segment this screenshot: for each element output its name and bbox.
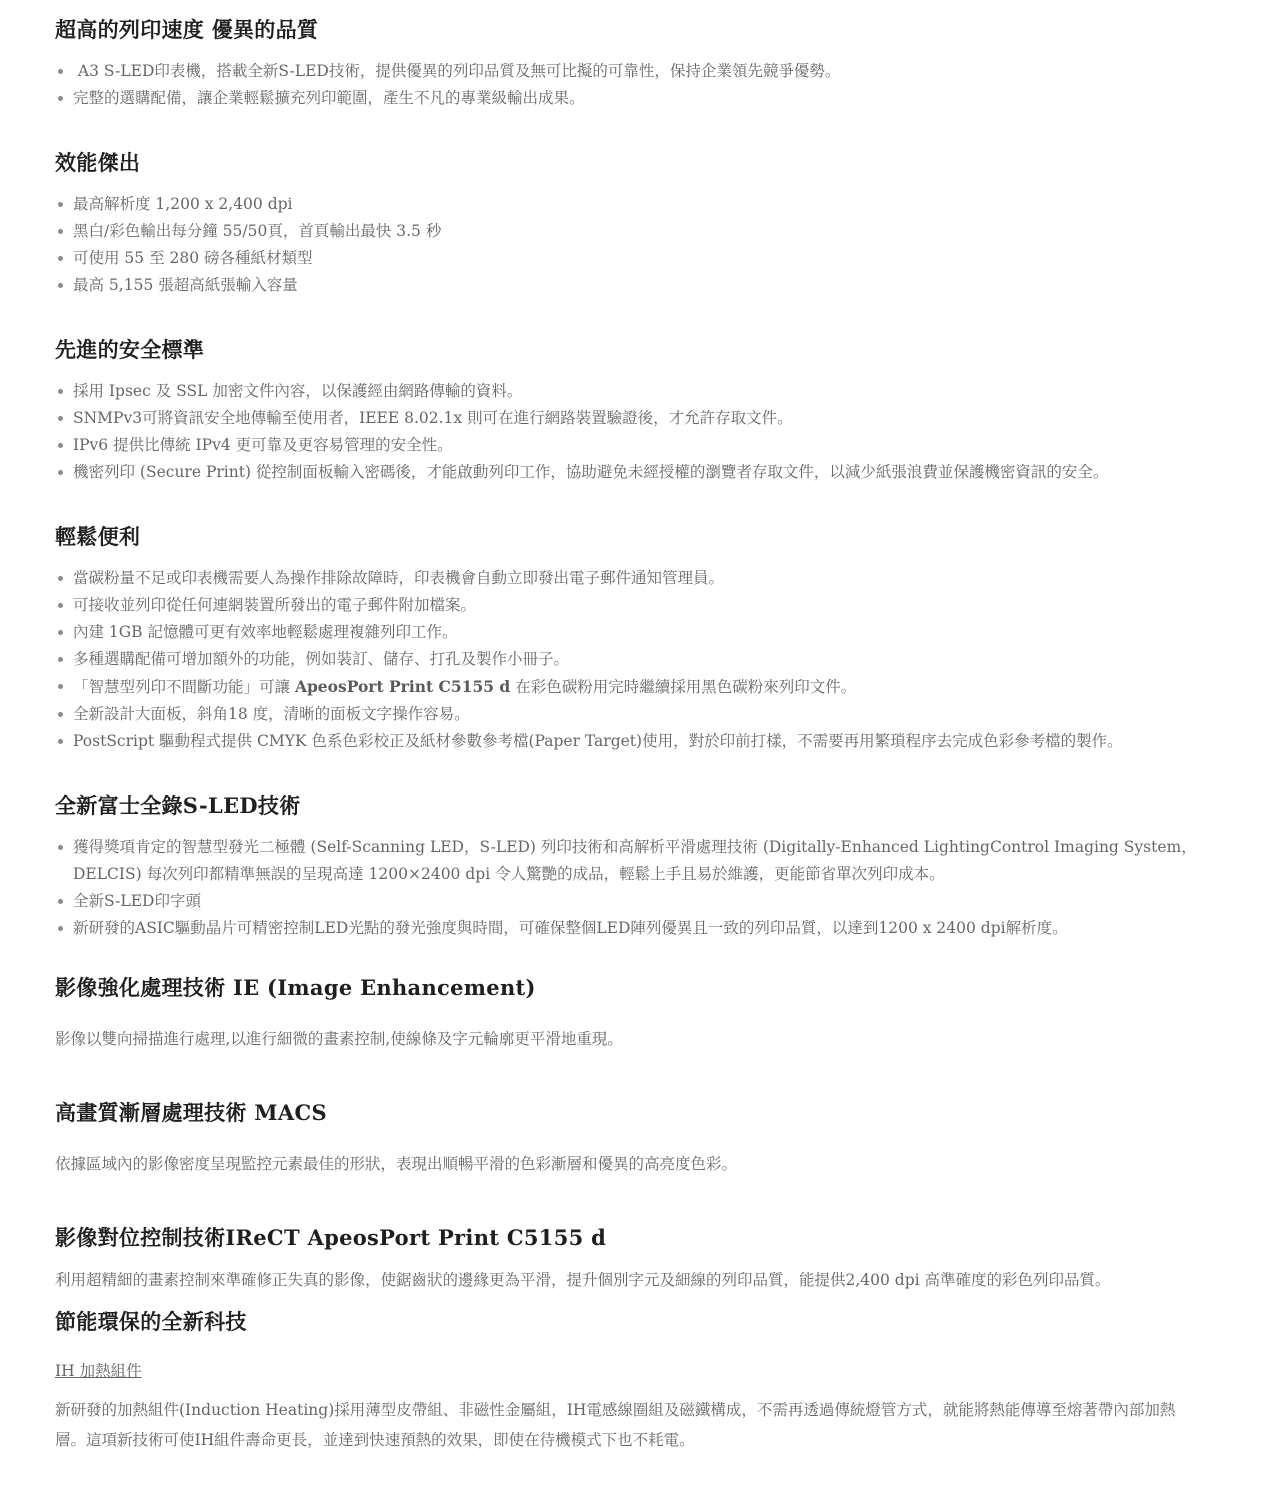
list-item: 「智慧型列印不間斷功能」可讓 ApeosPort Print C5155 d 在… xyxy=(55,673,1202,701)
bullet-list: A3 S-LED印表機，搭載全新S-LED技術，提供優異的列印品質及無可比擬的可… xyxy=(55,58,1202,112)
ih-heating-link[interactable]: IH 加熱組件 xyxy=(55,1360,142,1382)
bullet-list: 採用 Ipsec 及 SSL 加密文件內容，以保護經由網路傳輸的資料。 SNMP… xyxy=(55,378,1202,486)
list-item: SNMPv3可將資訊安全地傳輸至使用者，IEEE 8.02.1x 則可在進行網路… xyxy=(55,405,1202,432)
section-heading: 輕鬆便利 xyxy=(55,523,1202,551)
section-performance: 效能傑出 最高解析度 1,200 x 2,400 dpi 黑白/彩色輸出每分鐘 … xyxy=(55,149,1202,299)
section-convenience: 輕鬆便利 當碳粉量不足或印表機需要人為操作排除故障時，印表機會自動立即發出電子郵… xyxy=(55,523,1202,755)
section-paragraph: 新研發的加熱組件(Induction Heating)採用薄型皮帶組、非磁性金屬… xyxy=(55,1395,1202,1455)
section-sled-technology: 全新富士全錄S-LED技術 獲得獎項肯定的智慧型發光二極體 (Self-Scan… xyxy=(55,792,1202,942)
section-heading: 全新富士全錄S-LED技術 xyxy=(55,792,1202,820)
section-heading: 先進的安全標準 xyxy=(55,336,1202,364)
section-paragraph: 利用超精細的畫素控制來準確修正失真的影像，使鋸齒狀的邊緣更為平滑，提升個別字元及… xyxy=(55,1265,1202,1295)
section-heading: 高畫質漸層處理技術 MACS xyxy=(55,1099,1202,1127)
list-item: 完整的選購配備，讓企業輕鬆擴充列印範圍，產生不凡的專業級輸出成果。 xyxy=(55,85,1202,112)
section-paragraph: 影像以雙向掃描進行處理,以進行細微的畫素控制,使線條及字元輪廓更平滑地重現。 xyxy=(55,1024,1202,1054)
list-item: 最高 5,155 張超高紙張輸入容量 xyxy=(55,272,1202,299)
list-item: 內建 1GB 記憶體可更有效率地輕鬆處理複雜列印工作。 xyxy=(55,619,1202,646)
bullet-list: 當碳粉量不足或印表機需要人為操作排除故障時，印表機會自動立即發出電子郵件通知管理… xyxy=(55,565,1202,755)
section-paragraph: 依據區域內的影像密度呈現監控元素最佳的形狀，表現出順暢平滑的色彩漸層和優異的高亮… xyxy=(55,1149,1202,1179)
bullet-list: 獲得獎項肯定的智慧型發光二極體 (Self-Scanning LED，S-LED… xyxy=(55,834,1202,942)
section-security: 先進的安全標準 採用 Ipsec 及 SSL 加密文件內容，以保護經由網路傳輸的… xyxy=(55,336,1202,486)
list-item: A3 S-LED印表機，搭載全新S-LED技術，提供優異的列印品質及無可比擬的可… xyxy=(55,58,1202,85)
list-item: 新研發的ASIC驅動晶片可精密控制LED光點的發光強度與時間，可確保整個LED陣… xyxy=(55,915,1202,942)
list-item: 採用 Ipsec 及 SSL 加密文件內容，以保護經由網路傳輸的資料。 xyxy=(55,378,1202,405)
list-item: 黑白/彩色輸出每分鐘 55/50頁，首頁輸出最快 3.5 秒 xyxy=(55,218,1202,245)
list-item-text: 在彩色碳粉用完時繼續採用黑色碳粉來列印文件。 xyxy=(510,678,856,696)
list-item: 全新設計大面板，斜角18 度，清晰的面板文字操作容易。 xyxy=(55,701,1202,728)
section-macs: 高畫質漸層處理技術 MACS 依據區域內的影像密度呈現監控元素最佳的形狀，表現出… xyxy=(55,1099,1202,1179)
list-item: 多種選購配備可增加額外的功能，例如裝訂、儲存、打孔及製作小冊子。 xyxy=(55,646,1202,673)
product-name: ApeosPort Print C5155 d xyxy=(295,677,510,696)
section-print-speed-quality: 超高的列印速度 優異的品質 A3 S-LED印表機，搭載全新S-LED技術，提供… xyxy=(55,16,1202,112)
list-item: 當碳粉量不足或印表機需要人為操作排除故障時，印表機會自動立即發出電子郵件通知管理… xyxy=(55,565,1202,592)
list-item-text: 「智慧型列印不間斷功能」可讓 xyxy=(73,678,295,696)
list-item: 最高解析度 1,200 x 2,400 dpi xyxy=(55,191,1202,218)
list-item: 獲得獎項肯定的智慧型發光二極體 (Self-Scanning LED，S-LED… xyxy=(55,834,1202,888)
list-item: 可使用 55 至 280 磅各種紙材類型 xyxy=(55,245,1202,272)
section-image-enhancement: 影像強化處理技術 IE (Image Enhancement) 影像以雙向掃描進… xyxy=(55,974,1202,1054)
bullet-list: 最高解析度 1,200 x 2,400 dpi 黑白/彩色輸出每分鐘 55/50… xyxy=(55,191,1202,299)
section-heading: 效能傑出 xyxy=(55,149,1202,177)
list-item: PostScript 驅動程式提供 CMYK 色系色彩校正及紙材參數參考檔(Pa… xyxy=(55,728,1202,755)
list-item: 全新S-LED印字頭 xyxy=(55,888,1202,915)
list-item: 機密列印 (Secure Print) 從控制面板輸入密碼後，才能啟動列印工作，… xyxy=(55,459,1202,486)
section-energy-saving: 節能環保的全新科技 IH 加熱組件 新研發的加熱組件(Induction Hea… xyxy=(55,1308,1202,1455)
section-irect: 影像對位控制技術IReCT ApeosPort Print C5155 d 利用… xyxy=(55,1224,1202,1295)
product-feature-page: 超高的列印速度 優異的品質 A3 S-LED印表機，搭載全新S-LED技術，提供… xyxy=(0,0,1270,1495)
section-heading: 節能環保的全新科技 xyxy=(55,1308,1202,1336)
section-heading: 影像對位控制技術IReCT ApeosPort Print C5155 d xyxy=(55,1224,1202,1252)
section-heading: 超高的列印速度 優異的品質 xyxy=(55,16,1202,44)
list-item: 可接收並列印從任何連網裝置所發出的電子郵件附加檔案。 xyxy=(55,592,1202,619)
list-item: IPv6 提供比傳統 IPv4 更可靠及更容易管理的安全性。 xyxy=(55,432,1202,459)
section-heading: 影像強化處理技術 IE (Image Enhancement) xyxy=(55,974,1202,1002)
